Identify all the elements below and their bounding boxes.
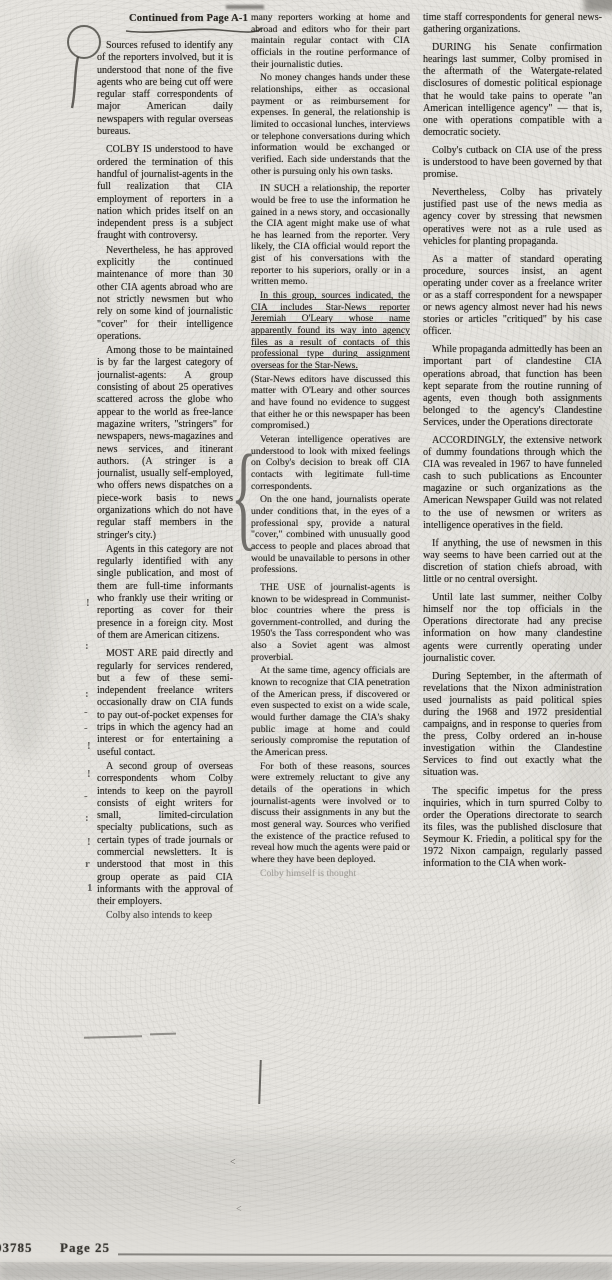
margin-mark: :	[85, 640, 89, 652]
article-paragraph: For both of these reasons, sources were …	[251, 761, 410, 866]
check-mark-annotation: <	[230, 1157, 236, 1168]
article-paragraph-underlined: In this group, sources indicated, the CI…	[251, 290, 410, 372]
footer-page-label: Page 25	[60, 1240, 110, 1256]
footer-doc-number: 03785	[0, 1240, 33, 1256]
article-paragraph: During September, in the aftermath of re…	[423, 671, 602, 780]
article-column-3: time staff correspondents for general ne…	[423, 12, 602, 1258]
header-underline-mark	[124, 24, 266, 38]
article-paragraph: Colby also intends to keep	[97, 910, 233, 922]
article-paragraph: Nevertheless, Colby has privately justif…	[423, 187, 602, 247]
article-paragraph: If anything, the use of newsmen in this …	[423, 538, 602, 586]
scan-smudge	[584, 0, 612, 12]
margin-mark: :	[85, 688, 89, 700]
margin-mark: !	[87, 740, 91, 752]
article-paragraph: Colby himself is thought	[251, 868, 410, 880]
article-paragraph: time staff correspondents for general ne…	[423, 12, 602, 36]
article-paragraph: While propaganda admittedly has been an …	[423, 344, 602, 429]
article-paragraph: COLBY IS understood to have ordered the …	[97, 144, 233, 242]
article-paragraph: Colby's cutback on CIA use of the press …	[423, 145, 602, 181]
article-paragraph: IN SUCH a relationship, the reporter wou…	[251, 183, 410, 288]
margin-mark: 1	[87, 882, 93, 894]
article-paragraph: No money changes hands under these relat…	[251, 72, 410, 177]
footer-rule	[118, 1253, 612, 1256]
article-paragraph: Sources refused to identify any of the r…	[97, 40, 233, 138]
article-paragraph: Veteran intelligence operatives are unde…	[251, 434, 410, 492]
article-paragraph: THE USE of journalist-agents is known to…	[251, 582, 410, 664]
article-paragraph: On the one hand, journalists operate und…	[251, 494, 410, 576]
article-column-1: Sources refused to identify any of the r…	[97, 40, 233, 1048]
article-paragraph: ACCORDINGLY, the extensive network of du…	[423, 435, 602, 532]
margin-mark: !	[86, 597, 90, 609]
margin-mark: r	[85, 858, 90, 870]
article-paragraph: As a matter of standard operating proced…	[423, 254, 602, 339]
margin-mark: !	[87, 768, 91, 780]
article-paragraph: At the same time, agency officials are k…	[251, 665, 410, 758]
handwritten-circle-annotation	[56, 18, 110, 114]
margin-brace-annotation: {	[231, 437, 256, 555]
article-paragraph: Agents in this category are not regularl…	[97, 544, 233, 642]
scan-smudge	[0, 240, 64, 760]
article-paragraph: MOST ARE paid directly and regularly for…	[97, 648, 233, 759]
margin-mark: -	[84, 790, 88, 802]
article-paragraph: many reporters working at home and abroa…	[251, 12, 410, 70]
article-paragraph: The specific impetus for the press inqui…	[423, 786, 602, 871]
article-paragraph: DURING his Senate confirmation hearings …	[423, 42, 602, 139]
margin-mark: -	[84, 706, 88, 718]
article-paragraph: A second group of overseas correspondent…	[97, 761, 233, 909]
scan-smudge	[226, 5, 264, 9]
margin-mark: :	[85, 812, 89, 824]
margin-mark: !	[87, 836, 91, 848]
page-scan: Continued from Page A-1 Sources refused …	[0, 0, 612, 1280]
bottom-band	[0, 1263, 612, 1280]
article-column-2: many reporters working at home and abroa…	[251, 12, 410, 1174]
article-paragraph: Until late last summer, neither Colby hi…	[423, 592, 602, 665]
margin-mark: -	[84, 722, 88, 734]
article-paragraph: Among those to be maintained is by far t…	[97, 345, 233, 542]
check-mark-annotation: <	[236, 1204, 242, 1215]
article-paragraph: Nevertheless, he has approved explicitly…	[97, 245, 233, 343]
article-paragraph: (Star-News editors have discussed this m…	[251, 374, 410, 432]
